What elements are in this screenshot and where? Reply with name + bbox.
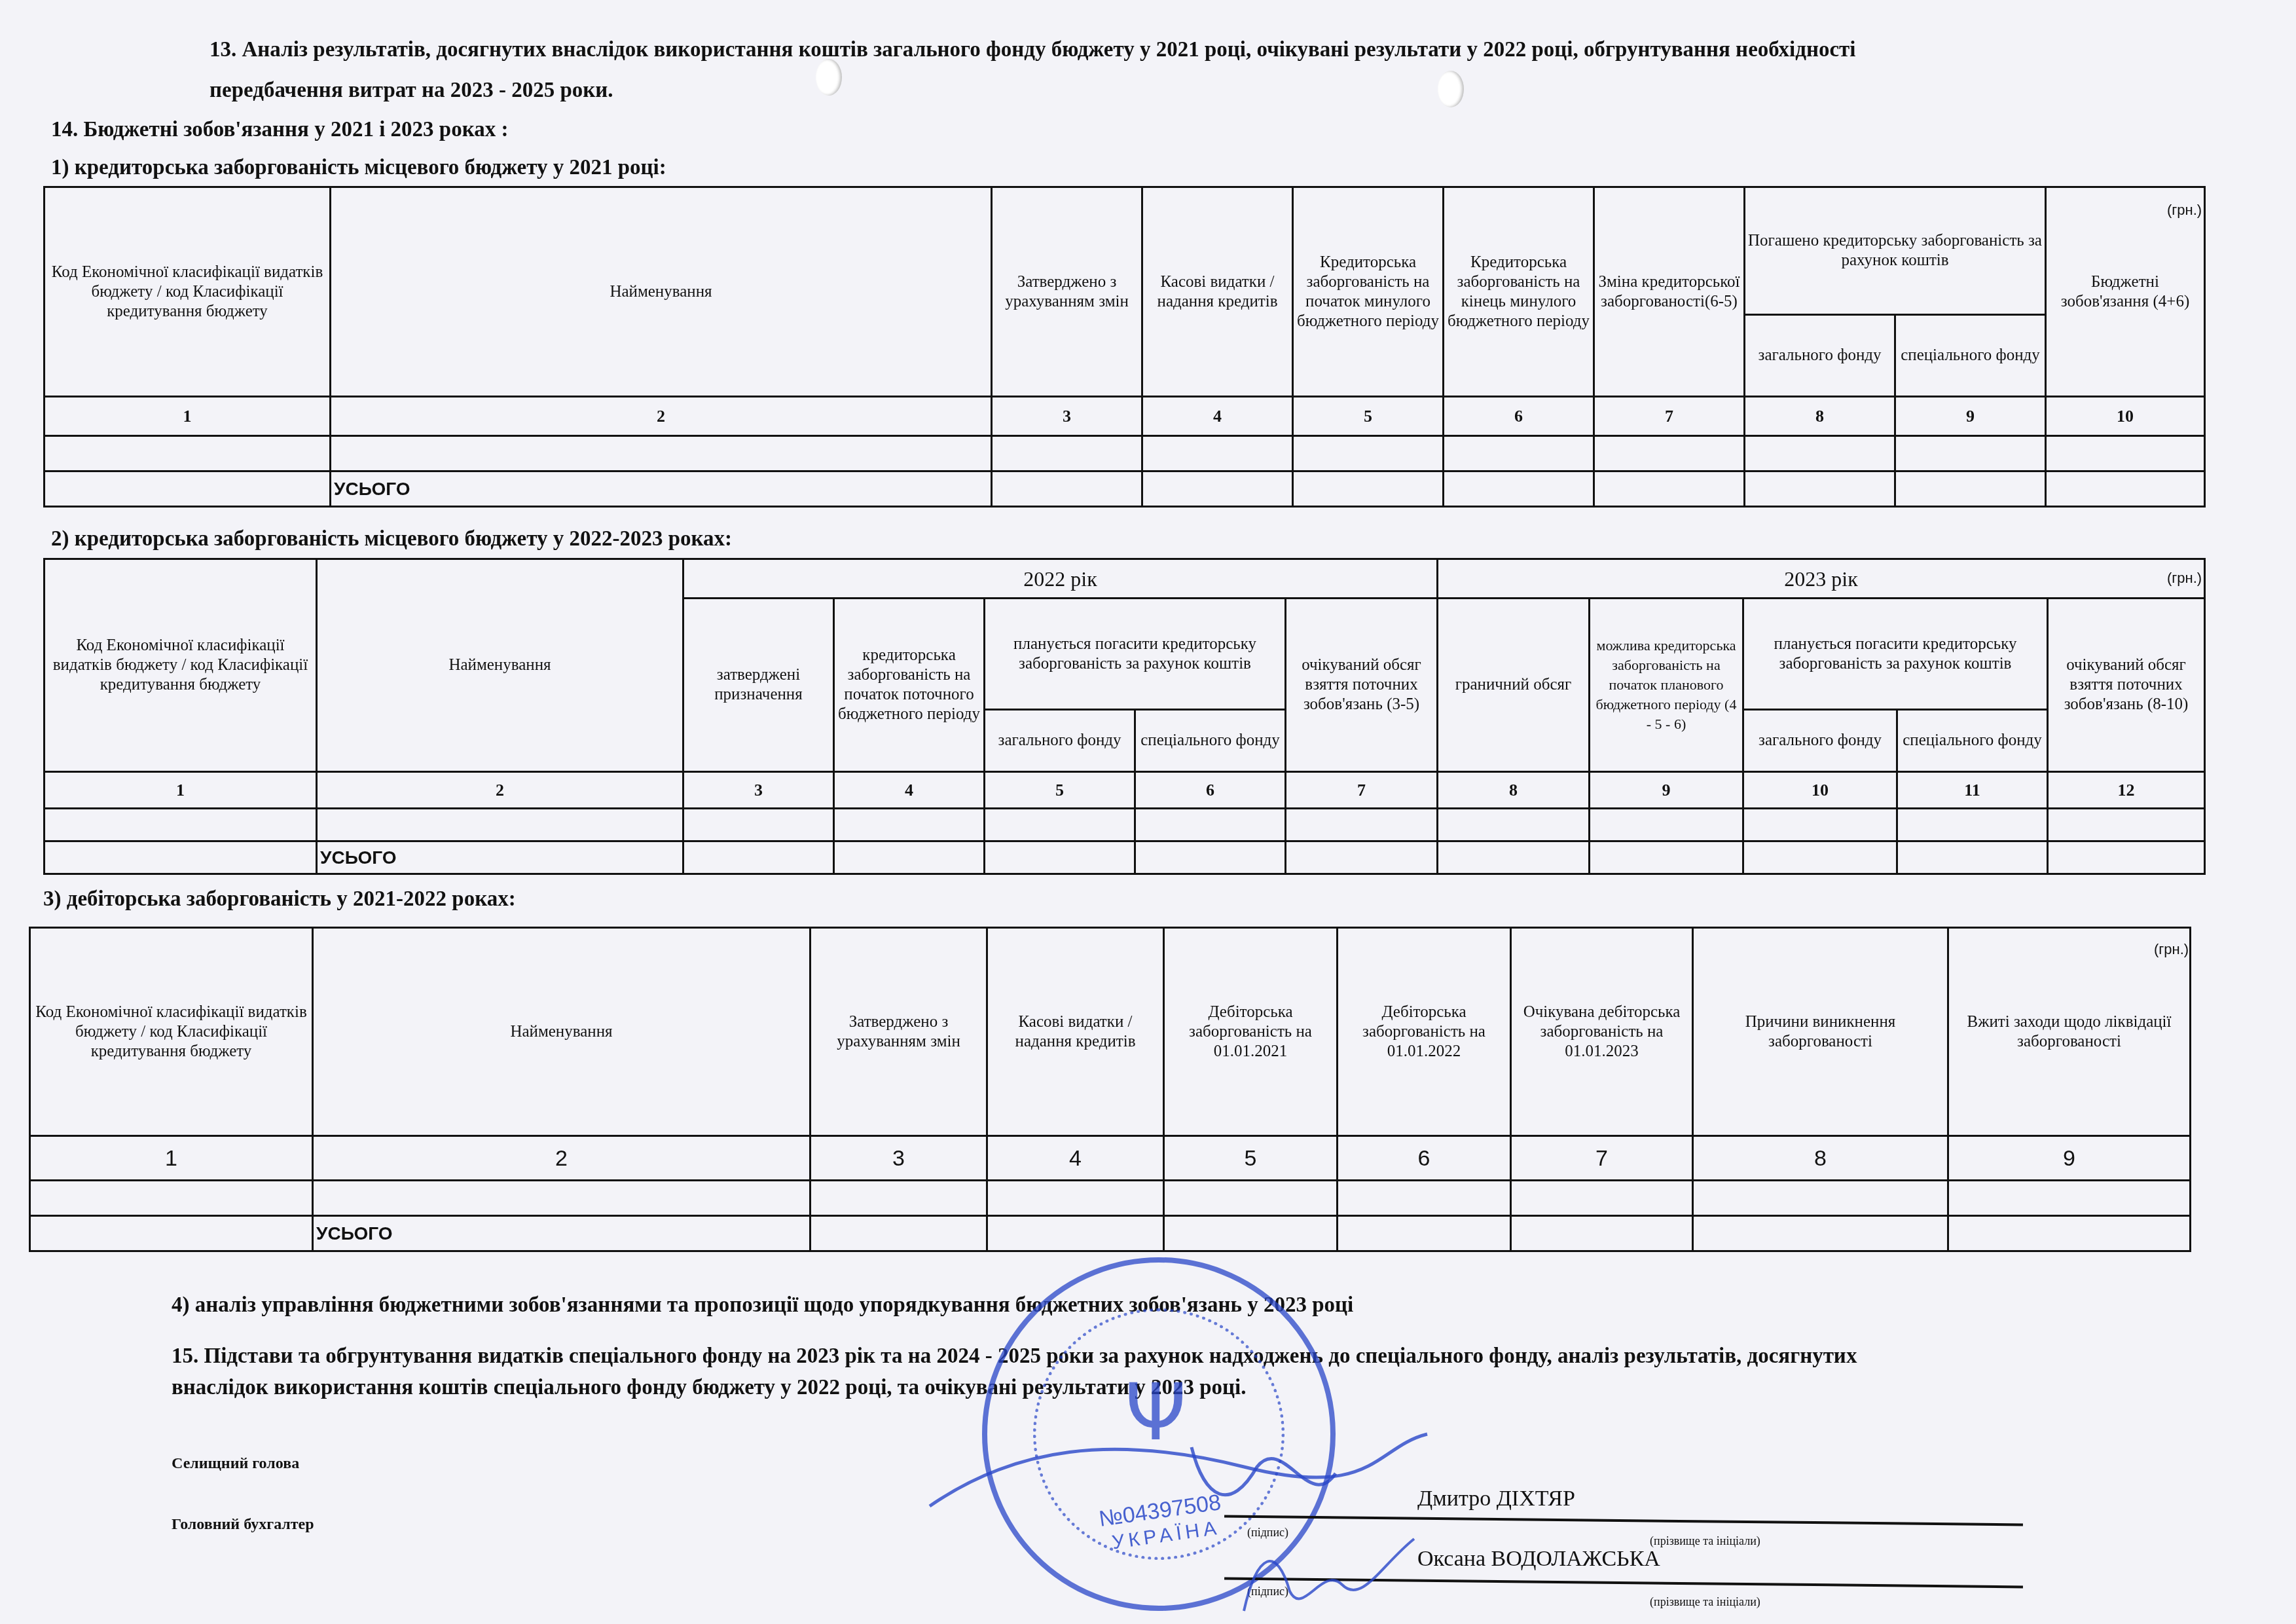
header-name: Найменування — [313, 928, 811, 1136]
punch-hole — [816, 59, 842, 96]
accountant-name-caption: (прізвище та ініціали) — [1650, 1595, 1760, 1609]
header-debit-2023: Очікувана дебіторська заборгованість на … — [1511, 928, 1693, 1136]
header-change: Зміна кредиторської заборгованості(6-5) — [1594, 187, 1745, 397]
head-name-caption: (прізвище та ініціали) — [1650, 1534, 1760, 1548]
column-number-row: 1 2 3 4 5 6 7 8 9 10 — [45, 397, 2205, 436]
header-planned-repay-2022: планується погасити кредиторську заборго… — [985, 599, 1286, 710]
section-13-line2: передбачення витрат на 2023 - 2025 роки. — [210, 77, 613, 104]
total-label: УСЬОГО — [317, 841, 683, 874]
header-reasons: Причини виникнення заборгованості — [1693, 928, 1948, 1136]
total-row: УСЬОГО — [45, 841, 2205, 874]
budget-request-page: 13. Аналіз результатів, досягнутих внасл… — [0, 0, 2296, 1624]
header-debt-start-current: кредиторська заборгованість на початок п… — [834, 599, 985, 772]
header-general-fund-2023: загального фонду — [1743, 710, 1897, 772]
total-row: УСЬОГО — [30, 1216, 2191, 1251]
header-planned-repay-2023: планується погасити кредиторську заборго… — [1743, 599, 2048, 710]
total-label: УСЬОГО — [313, 1216, 811, 1251]
header-possible-debt: можлива кредиторська заборгованість на п… — [1590, 599, 1743, 772]
table1-creditor-debt-2021: Код Економічної класифікації видатків бю… — [43, 186, 2206, 507]
header-year-2022: 2022 рік — [683, 559, 1438, 599]
header-name: Найменування — [317, 559, 683, 772]
header-approved: Затверджено з урахуванням змін — [992, 187, 1142, 397]
table-row — [45, 809, 2205, 841]
accountant-name: Оксана ВОДОЛАЖСЬКА — [1417, 1547, 1660, 1572]
header-general-fund-2022: загального фонду — [985, 710, 1135, 772]
handwritten-signature-accountant — [1231, 1526, 1427, 1624]
header-repaid: Погашено кредиторську заборгованість за … — [1745, 187, 2046, 315]
column-number-row: 1 2 3 4 5 6 7 8 9 10 11 12 — [45, 772, 2205, 809]
header-approved: затверджені призначення — [683, 599, 834, 772]
total-label: УСЬОГО — [331, 471, 992, 507]
header-code: Код Економічної класифікації видатків бю… — [30, 928, 313, 1136]
header-expected-2022: очікуваний обсяг взяття поточних зобов'я… — [1286, 599, 1438, 772]
head-name: Дмитро ДІХТЯР — [1417, 1486, 1575, 1511]
header-approved: Затверджено з урахуванням змін — [811, 928, 987, 1136]
header-name: Найменування — [331, 187, 992, 397]
header-debit-2021: Дебіторська заборгованість на 01.01.2021 — [1164, 928, 1338, 1136]
header-debt-start: Кредиторська заборгованість на початок м… — [1293, 187, 1444, 397]
header-expected-2023: очікуваний обсяг взяття поточних зобов'я… — [2048, 599, 2205, 772]
section-13-line1: 13. Аналіз результатів, досягнутих внасл… — [210, 36, 2174, 64]
head-label: Селищний голова — [172, 1455, 299, 1473]
table2-creditor-debt-2022-2023: Код Економічної класифікації видатків бю… — [43, 558, 2206, 875]
header-code: Код Економічної класифікації видатків бю… — [45, 559, 317, 772]
column-number-row: 1 2 3 4 5 6 7 8 9 — [30, 1136, 2191, 1181]
header-special-fund-2022: спеціального фонду — [1135, 710, 1286, 772]
table-row — [45, 436, 2205, 471]
header-obligations: Бюджетні зобов'язання (4+6) — [2046, 187, 2205, 397]
punch-hole — [1438, 71, 1464, 107]
header-code: Код Економічної класифікації видатків бю… — [45, 187, 331, 397]
header-measures: Вжиті заходи щодо ліквідації заборговано… — [1948, 928, 2191, 1136]
table3-title: 3) дебіторська заборгованість у 2021-202… — [43, 887, 516, 912]
table2-title: 2) кредиторська заборгованість місцевого… — [51, 527, 732, 551]
handwritten-signature-head — [917, 1408, 1440, 1539]
total-row: УСЬОГО — [45, 471, 2205, 507]
header-cash: Касові видатки / надання кредитів — [1142, 187, 1293, 397]
header-special-fund: спеціального фонду — [1895, 315, 2046, 397]
header-limit: граничний обсяг — [1438, 599, 1590, 772]
header-general-fund: загального фонду — [1745, 315, 1895, 397]
table-row — [30, 1181, 2191, 1216]
header-special-fund-2023: спеціального фонду — [1897, 710, 2048, 772]
header-cash: Касові видатки / надання кредитів — [987, 928, 1164, 1136]
header-year-2023: 2023 рік — [1438, 559, 2205, 599]
header-debit-2022: Дебіторська заборгованість на 01.01.2022 — [1338, 928, 1511, 1136]
table3-debtor-debt-2021-2022: Код Економічної класифікації видатків бю… — [29, 927, 2191, 1252]
table1-title: 1) кредиторська заборгованість місцевого… — [51, 156, 666, 180]
section-14-title: 14. Бюджетні зобов'язання у 2021 і 2023 … — [51, 118, 508, 142]
header-debt-end: Кредиторська заборгованість на кінець ми… — [1444, 187, 1594, 397]
accountant-label: Головний бухгалтер — [172, 1516, 314, 1534]
